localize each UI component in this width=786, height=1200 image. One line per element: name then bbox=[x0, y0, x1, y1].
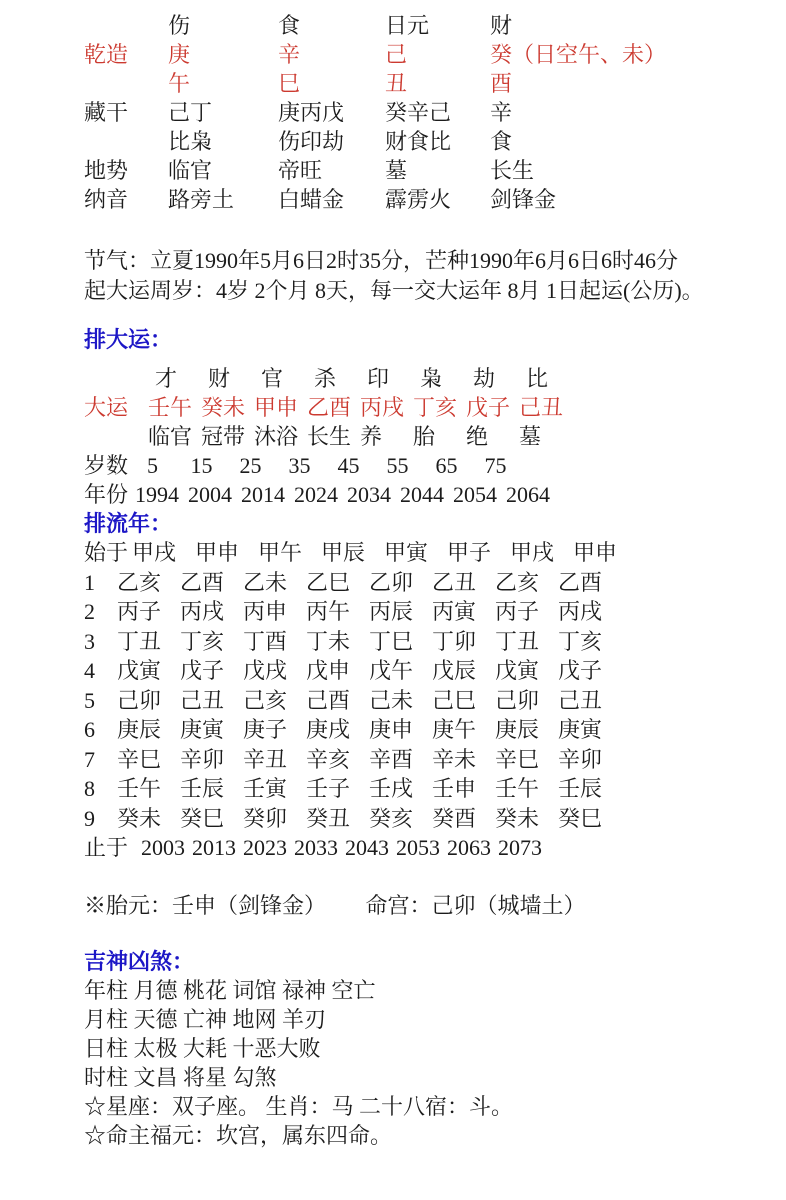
liunian-end-year-cell: 2053 bbox=[396, 833, 447, 863]
liunian-cell: 辛巳 bbox=[495, 745, 558, 775]
dayun-year-cell: 1994 bbox=[135, 480, 188, 509]
dayun-age-cell: 55 bbox=[373, 451, 422, 480]
hidden-shishen-cell: 财食比 bbox=[385, 127, 490, 156]
row-indent-spacer bbox=[84, 422, 148, 451]
liunian-cell: 己丑 bbox=[180, 686, 243, 716]
liunian-cell: 丙寅 bbox=[432, 597, 495, 627]
hidden-shishen-cells: 比枭伤印劫财食比食 bbox=[168, 127, 512, 156]
liunian-cell: 乙巳 bbox=[306, 568, 369, 598]
taiyuan-text: ※胎元：壬申（剑锋金） bbox=[84, 893, 326, 918]
footer-block: ☆星座：双子座。 生肖：马 二十八宿：斗。 ☆命主福元：坎宫，属东四命。 bbox=[84, 1092, 786, 1150]
liunian-cells: 戊寅戊子戊戌戊申戊午戊辰戊寅戊子 bbox=[117, 656, 621, 686]
stem-cell: 己 bbox=[385, 40, 490, 69]
hidden-shishen-cell: 食 bbox=[490, 127, 512, 156]
dayun-shishen-cell: 官 bbox=[254, 364, 307, 393]
shensha-line: 年柱 月德 桃花 词馆 禄神 空亡 bbox=[84, 976, 786, 1005]
row-indent-spacer bbox=[84, 364, 148, 393]
shensha-line: 时柱 文昌 将星 勾煞 bbox=[84, 1063, 786, 1092]
liunian-cell: 庚午 bbox=[432, 715, 495, 745]
dayun-year-row: 年份 19942004201420242034204420542064 bbox=[84, 480, 786, 509]
dayun-ganzhi-cell: 癸未 bbox=[201, 393, 254, 422]
bazi-chart-page: 伤食日元财 乾造 庚辛己癸 （日空午、未） 午巳丑酉 藏干 己丁庚丙戊癸辛己辛 … bbox=[0, 0, 786, 1200]
liunian-row: 6 庚辰庚寅庚子庚戌庚申庚午庚辰庚寅 bbox=[84, 715, 786, 745]
kongwang-note: （日空午、未） bbox=[512, 40, 666, 69]
liunian-cell: 丙辰 bbox=[369, 597, 432, 627]
dishi-cell: 墓 bbox=[385, 156, 490, 185]
solar-terms-block: 节气：立夏1990年5月6日2时35分，芒种1990年6月6日6时46分 起大运… bbox=[84, 246, 786, 306]
hidden-stems-row: 藏干 己丁庚丙戊癸辛己辛 bbox=[84, 98, 786, 127]
liunian-cell: 丙申 bbox=[243, 597, 306, 627]
branch-cell: 酉 bbox=[490, 69, 512, 98]
dayun-changsheng-cell: 沐浴 bbox=[254, 422, 307, 451]
liunian-cell: 丙戌 bbox=[180, 597, 243, 627]
dayun-heading: 排大运： bbox=[84, 325, 786, 354]
dayun-shishen-cell: 枭 bbox=[413, 364, 466, 393]
dayun-changsheng-cell: 绝 bbox=[466, 422, 519, 451]
dayun-shishen-cells: 才财官杀印枭劫比 bbox=[148, 364, 572, 393]
liunian-cell: 戊子 bbox=[180, 656, 243, 686]
liunian-end-row: 止于 20032013202320332043205320632073 bbox=[84, 833, 786, 863]
dayun-changsheng-cells: 临官冠带沐浴长生养胎绝墓 bbox=[148, 422, 572, 451]
hidden-stem-cells: 己丁庚丙戊癸辛己辛 bbox=[168, 98, 512, 127]
dayun-age-cell: 75 bbox=[471, 451, 520, 480]
liunian-end-year-cell: 2003 bbox=[141, 833, 192, 863]
liunian-row: 7 辛巳辛卯辛丑辛亥辛酉辛未辛巳辛卯 bbox=[84, 745, 786, 775]
liunian-cell: 癸未 bbox=[117, 804, 180, 834]
hidden-shishen-cell: 比枭 bbox=[168, 127, 278, 156]
liunian-row: 2 丙子丙戌丙申丙午丙辰丙寅丙子丙戌 bbox=[84, 597, 786, 627]
liunian-cell: 癸巳 bbox=[180, 804, 243, 834]
dayun-year-cell: 2014 bbox=[241, 480, 294, 509]
liunian-start-cell: 甲辰 bbox=[321, 538, 384, 568]
shensha-heading: 吉神凶煞： bbox=[84, 947, 786, 976]
dayun-ganzhi-cell: 乙酉 bbox=[307, 393, 360, 422]
liunian-cell: 丁亥 bbox=[558, 627, 621, 657]
liunian-start-cell: 甲申 bbox=[573, 538, 636, 568]
dishi-cell: 帝旺 bbox=[278, 156, 385, 185]
liunian-cell: 癸巳 bbox=[558, 804, 621, 834]
dishi-cells: 临官帝旺墓长生 bbox=[168, 156, 534, 185]
dayun-age-cell: 15 bbox=[177, 451, 226, 480]
liunian-cell: 丁酉 bbox=[243, 627, 306, 657]
dayun-age-cell: 5 bbox=[128, 451, 177, 480]
dayun-ganzhi-cell: 戊子 bbox=[466, 393, 519, 422]
nayin-cells: 路旁土白蜡金霹雳火剑锋金 bbox=[168, 185, 556, 214]
liunian-cell: 己未 bbox=[369, 686, 432, 716]
shishen-header-cells: 伤食日元财 bbox=[168, 11, 512, 40]
liunian-row: 1 乙亥乙酉乙未乙巳乙卯乙丑乙亥乙酉 bbox=[84, 568, 786, 598]
liunian-end-year-cell: 2033 bbox=[294, 833, 345, 863]
hidden-stem-cell: 辛 bbox=[490, 98, 512, 127]
nayin-cell: 路旁土 bbox=[168, 185, 278, 214]
branch-cell: 巳 bbox=[278, 69, 385, 98]
dayun-changsheng-cell: 养 bbox=[360, 422, 413, 451]
shensha-line: 日柱 太极 大耗 十恶大败 bbox=[84, 1034, 786, 1063]
liunian-cell: 乙未 bbox=[243, 568, 306, 598]
liunian-cell: 辛丑 bbox=[243, 745, 306, 775]
dayun-year-cell: 2034 bbox=[347, 480, 400, 509]
liunian-cell: 壬申 bbox=[432, 774, 495, 804]
liunian-end-year-cell: 2073 bbox=[498, 833, 549, 863]
dayun-year-cells: 19942004201420242034204420542064 bbox=[135, 480, 559, 509]
dayun-changsheng-cell: 冠带 bbox=[201, 422, 254, 451]
dayun-shishen-cell: 印 bbox=[360, 364, 413, 393]
liunian-cell: 乙酉 bbox=[180, 568, 243, 598]
liunian-row: 5 己卯己丑己亥己酉己未己巳己卯己丑 bbox=[84, 686, 786, 716]
stem-cells: 庚辛己癸 bbox=[168, 40, 512, 69]
hidden-stem-cell: 庚丙戊 bbox=[278, 98, 385, 127]
liunian-end-cells: 20032013202320332043205320632073 bbox=[141, 833, 549, 863]
liunian-cell: 丁未 bbox=[306, 627, 369, 657]
hidden-stem-cell: 癸辛己 bbox=[385, 98, 490, 127]
liunian-table: 始于 甲戌甲申甲午甲辰甲寅甲子甲戌甲申 1 乙亥乙酉乙未乙巳乙卯乙丑乙亥乙酉 2… bbox=[84, 538, 786, 863]
dayun-year-cell: 2024 bbox=[294, 480, 347, 509]
liunian-cell: 戊子 bbox=[558, 656, 621, 686]
liunian-start-cell: 甲戌 bbox=[132, 538, 195, 568]
shensha-line: 月柱 天德 亡神 地网 羊刃 bbox=[84, 1005, 786, 1034]
liunian-cell: 癸丑 bbox=[306, 804, 369, 834]
liunian-cell: 己酉 bbox=[306, 686, 369, 716]
liunian-cell: 庚辰 bbox=[495, 715, 558, 745]
liunian-heading: 排流年： bbox=[84, 509, 786, 538]
liunian-cell: 丁丑 bbox=[117, 627, 180, 657]
dayun-year-cell: 2044 bbox=[400, 480, 453, 509]
dayun-shishen-cell: 才 bbox=[148, 364, 201, 393]
dayun-age-cells: 515253545556575 bbox=[128, 451, 520, 480]
dayun-changsheng-cell: 长生 bbox=[307, 422, 360, 451]
liunian-cell: 壬戌 bbox=[369, 774, 432, 804]
solar-terms-line: 节气：立夏1990年5月6日2时35分，芒种1990年6月6日6时46分 bbox=[84, 246, 786, 276]
liunian-cells: 庚辰庚寅庚子庚戌庚申庚午庚辰庚寅 bbox=[117, 715, 621, 745]
liunian-row-number: 5 bbox=[84, 686, 117, 716]
liunian-row: 4 戊寅戊子戊戌戊申戊午戊辰戊寅戊子 bbox=[84, 656, 786, 686]
liunian-cell: 己巳 bbox=[432, 686, 495, 716]
qianzao-label: 乾造 bbox=[84, 40, 168, 69]
liunian-cell: 乙亥 bbox=[495, 568, 558, 598]
branch-cell: 丑 bbox=[385, 69, 490, 98]
dayun-label: 大运 bbox=[84, 393, 148, 422]
dayun-age-cell: 65 bbox=[422, 451, 471, 480]
liunian-cell: 丁丑 bbox=[495, 627, 558, 657]
hidden-shishen-cell: 伤印劫 bbox=[278, 127, 385, 156]
stem-cell: 辛 bbox=[278, 40, 385, 69]
liunian-start-cell: 甲子 bbox=[447, 538, 510, 568]
liunian-start-cells: 甲戌甲申甲午甲辰甲寅甲子甲戌甲申 bbox=[132, 538, 636, 568]
shensha-list: 年柱 月德 桃花 词馆 禄神 空亡月柱 天德 亡神 地网 羊刃日柱 太极 大耗 … bbox=[84, 976, 786, 1092]
liunian-start-cell: 甲寅 bbox=[384, 538, 447, 568]
liunian-cell: 己丑 bbox=[558, 686, 621, 716]
liunian-row-number: 6 bbox=[84, 715, 117, 745]
liunian-cell: 丁卯 bbox=[432, 627, 495, 657]
branch-cell: 午 bbox=[168, 69, 278, 98]
luck-start-line: 起大运周岁：4岁 2个月 8天，每一交大运年 8月 1日起运(公历)。 bbox=[84, 276, 786, 306]
liunian-cells: 丁丑丁亥丁酉丁未丁巳丁卯丁丑丁亥 bbox=[117, 627, 621, 657]
taiyuan-minggong-line: ※胎元：壬申（剑锋金） 命宫：己卯（城墙土） bbox=[84, 891, 786, 921]
dayun-changsheng-row: 临官冠带沐浴长生养胎绝墓 bbox=[84, 422, 786, 451]
four-pillars-table: 伤食日元财 乾造 庚辛己癸 （日空午、未） 午巳丑酉 藏干 己丁庚丙戊癸辛己辛 … bbox=[84, 11, 786, 214]
dayun-changsheng-cell: 胎 bbox=[413, 422, 466, 451]
liunian-cell: 丁巳 bbox=[369, 627, 432, 657]
end-label: 止于 bbox=[84, 833, 141, 863]
liunian-cell: 辛卯 bbox=[180, 745, 243, 775]
stem-cell: 庚 bbox=[168, 40, 278, 69]
liunian-cells: 乙亥乙酉乙未乙巳乙卯乙丑乙亥乙酉 bbox=[117, 568, 621, 598]
dayun-shishen-cell: 杀 bbox=[307, 364, 360, 393]
nayin-cell: 剑锋金 bbox=[490, 185, 556, 214]
stem-cell: 癸 bbox=[490, 40, 512, 69]
heavenly-stems-row: 乾造 庚辛己癸 （日空午、未） bbox=[84, 40, 786, 69]
liunian-start-cell: 甲申 bbox=[195, 538, 258, 568]
liunian-cell: 戊申 bbox=[306, 656, 369, 686]
liunian-cell: 丙子 bbox=[495, 597, 558, 627]
branch-cells: 午巳丑酉 bbox=[168, 69, 512, 98]
liunian-cell: 庚寅 bbox=[558, 715, 621, 745]
liunian-start-cell: 甲午 bbox=[258, 538, 321, 568]
liunian-cell: 辛亥 bbox=[306, 745, 369, 775]
liunian-cell: 辛未 bbox=[432, 745, 495, 775]
dishi-row: 地势 临官帝旺墓长生 bbox=[84, 156, 786, 185]
liunian-cell: 壬子 bbox=[306, 774, 369, 804]
liunian-cell: 壬辰 bbox=[558, 774, 621, 804]
liunian-cell: 壬午 bbox=[117, 774, 180, 804]
liunian-row-number: 2 bbox=[84, 597, 117, 627]
liunian-start-row: 始于 甲戌甲申甲午甲辰甲寅甲子甲戌甲申 bbox=[84, 538, 786, 568]
liunian-row-number: 7 bbox=[84, 745, 117, 775]
liunian-cell: 己卯 bbox=[117, 686, 180, 716]
dishi-label: 地势 bbox=[84, 156, 168, 185]
liunian-cell: 癸亥 bbox=[369, 804, 432, 834]
nayin-row: 纳音 路旁土白蜡金霹雳火剑锋金 bbox=[84, 185, 786, 214]
dayun-ganzhi-row: 大运 壬午癸未甲申乙酉丙戌丁亥戊子己丑 bbox=[84, 393, 786, 422]
dayun-age-cell: 45 bbox=[324, 451, 373, 480]
liunian-cell: 乙丑 bbox=[432, 568, 495, 598]
liunian-cells: 己卯己丑己亥己酉己未己巳己卯己丑 bbox=[117, 686, 621, 716]
liunian-row-number: 1 bbox=[84, 568, 117, 598]
shishen-cell: 伤 bbox=[168, 11, 278, 40]
dayun-ganzhi-cell: 丁亥 bbox=[413, 393, 466, 422]
liunian-cells: 壬午壬辰壬寅壬子壬戌壬申壬午壬辰 bbox=[117, 774, 621, 804]
liunian-row-number: 8 bbox=[84, 774, 117, 804]
liunian-cells: 辛巳辛卯辛丑辛亥辛酉辛未辛巳辛卯 bbox=[117, 745, 621, 775]
dayun-shishen-cell: 财 bbox=[201, 364, 254, 393]
liunian-cell: 乙卯 bbox=[369, 568, 432, 598]
liunian-cell: 辛酉 bbox=[369, 745, 432, 775]
liunian-start-cell: 甲戌 bbox=[510, 538, 573, 568]
liunian-cell: 乙亥 bbox=[117, 568, 180, 598]
nayin-cell: 霹雳火 bbox=[385, 185, 490, 214]
liunian-end-year-cell: 2043 bbox=[345, 833, 396, 863]
dayun-ganzhi-cell: 己丑 bbox=[519, 393, 572, 422]
zodiac-line: ☆星座：双子座。 生肖：马 二十八宿：斗。 bbox=[84, 1092, 786, 1121]
liunian-end-year-cell: 2023 bbox=[243, 833, 294, 863]
dayun-changsheng-cell: 墓 bbox=[519, 422, 572, 451]
dayun-age-row: 岁数 515253545556575 bbox=[84, 451, 786, 480]
liunian-cell: 己亥 bbox=[243, 686, 306, 716]
nayin-cell: 白蜡金 bbox=[278, 185, 385, 214]
dayun-shishen-cell: 比 bbox=[519, 364, 572, 393]
liunian-row: 8 壬午壬辰壬寅壬子壬戌壬申壬午壬辰 bbox=[84, 774, 786, 804]
dayun-ganzhi-cell: 甲申 bbox=[254, 393, 307, 422]
liunian-cell: 壬寅 bbox=[243, 774, 306, 804]
dayun-ganzhi-cell: 壬午 bbox=[148, 393, 201, 422]
shishen-cell: 食 bbox=[278, 11, 385, 40]
liunian-cell: 戊午 bbox=[369, 656, 432, 686]
dayun-changsheng-cell: 临官 bbox=[148, 422, 201, 451]
dayun-year-cell: 2054 bbox=[453, 480, 506, 509]
liunian-row-number: 9 bbox=[84, 804, 117, 834]
row-label bbox=[84, 127, 168, 156]
liunian-cell: 庚戌 bbox=[306, 715, 369, 745]
minggong-text: 命宫：己卯（城墙土） bbox=[366, 893, 586, 918]
liunian-cell: 癸酉 bbox=[432, 804, 495, 834]
liunian-cell: 癸卯 bbox=[243, 804, 306, 834]
liunian-cell: 壬午 bbox=[495, 774, 558, 804]
liunian-row: 3 丁丑丁亥丁酉丁未丁巳丁卯丁丑丁亥 bbox=[84, 627, 786, 657]
liunian-cell: 庚子 bbox=[243, 715, 306, 745]
liunian-cells: 癸未癸巳癸卯癸丑癸亥癸酉癸未癸巳 bbox=[117, 804, 621, 834]
liunian-cell: 己卯 bbox=[495, 686, 558, 716]
liunian-cell: 戊辰 bbox=[432, 656, 495, 686]
dayun-year-cell: 2064 bbox=[506, 480, 559, 509]
liunian-row-number: 4 bbox=[84, 656, 117, 686]
row-label bbox=[84, 69, 168, 98]
dishi-cell: 长生 bbox=[490, 156, 534, 185]
dayun-ganzhi-cell: 丙戌 bbox=[360, 393, 413, 422]
dayun-shishen-cell: 劫 bbox=[466, 364, 519, 393]
dishi-cell: 临官 bbox=[168, 156, 278, 185]
liunian-row: 9 癸未癸巳癸卯癸丑癸亥癸酉癸未癸巳 bbox=[84, 804, 786, 834]
dayun-table: 才财官杀印枭劫比 大运 壬午癸未甲申乙酉丙戌丁亥戊子己丑 临官冠带沐浴长生养胎绝… bbox=[84, 364, 786, 509]
canggan-label: 藏干 bbox=[84, 98, 168, 127]
nayin-label: 纳音 bbox=[84, 185, 168, 214]
hidden-shishen-row: 比枭伤印劫财食比食 bbox=[84, 127, 786, 156]
dayun-age-cell: 35 bbox=[275, 451, 324, 480]
liunian-cell: 乙酉 bbox=[558, 568, 621, 598]
liunian-cell: 辛巳 bbox=[117, 745, 180, 775]
liunian-cell: 辛卯 bbox=[558, 745, 621, 775]
shishen-header-row: 伤食日元财 bbox=[84, 11, 786, 40]
dayun-shishen-row: 才财官杀印枭劫比 bbox=[84, 364, 786, 393]
dayun-age-cell: 25 bbox=[226, 451, 275, 480]
liunian-cell: 戊戌 bbox=[243, 656, 306, 686]
liunian-cell: 丁亥 bbox=[180, 627, 243, 657]
mingzhu-line: ☆命主福元：坎宫，属东四命。 bbox=[84, 1121, 786, 1150]
liunian-end-year-cell: 2063 bbox=[447, 833, 498, 863]
liunian-cell: 丙子 bbox=[117, 597, 180, 627]
liunian-row-number: 3 bbox=[84, 627, 117, 657]
liunian-cell: 戊寅 bbox=[495, 656, 558, 686]
dayun-ganzhi-cells: 壬午癸未甲申乙酉丙戌丁亥戊子己丑 bbox=[148, 393, 572, 422]
row-label bbox=[84, 11, 168, 40]
liunian-cell: 癸未 bbox=[495, 804, 558, 834]
shishen-cell: 财 bbox=[490, 11, 512, 40]
liunian-cells: 丙子丙戌丙申丙午丙辰丙寅丙子丙戌 bbox=[117, 597, 621, 627]
start-label: 始于 bbox=[84, 538, 132, 568]
liunian-cell: 庚申 bbox=[369, 715, 432, 745]
liunian-cell: 丙午 bbox=[306, 597, 369, 627]
liunian-cell: 戊寅 bbox=[117, 656, 180, 686]
liunian-cell: 庚辰 bbox=[117, 715, 180, 745]
liunian-cell: 壬辰 bbox=[180, 774, 243, 804]
liunian-end-year-cell: 2013 bbox=[192, 833, 243, 863]
shishen-cell: 日元 bbox=[385, 11, 490, 40]
dayun-year-cell: 2004 bbox=[188, 480, 241, 509]
earthly-branches-row: 午巳丑酉 bbox=[84, 69, 786, 98]
hidden-stem-cell: 己丁 bbox=[168, 98, 278, 127]
liunian-cell: 丙戌 bbox=[558, 597, 621, 627]
liunian-cell: 庚寅 bbox=[180, 715, 243, 745]
